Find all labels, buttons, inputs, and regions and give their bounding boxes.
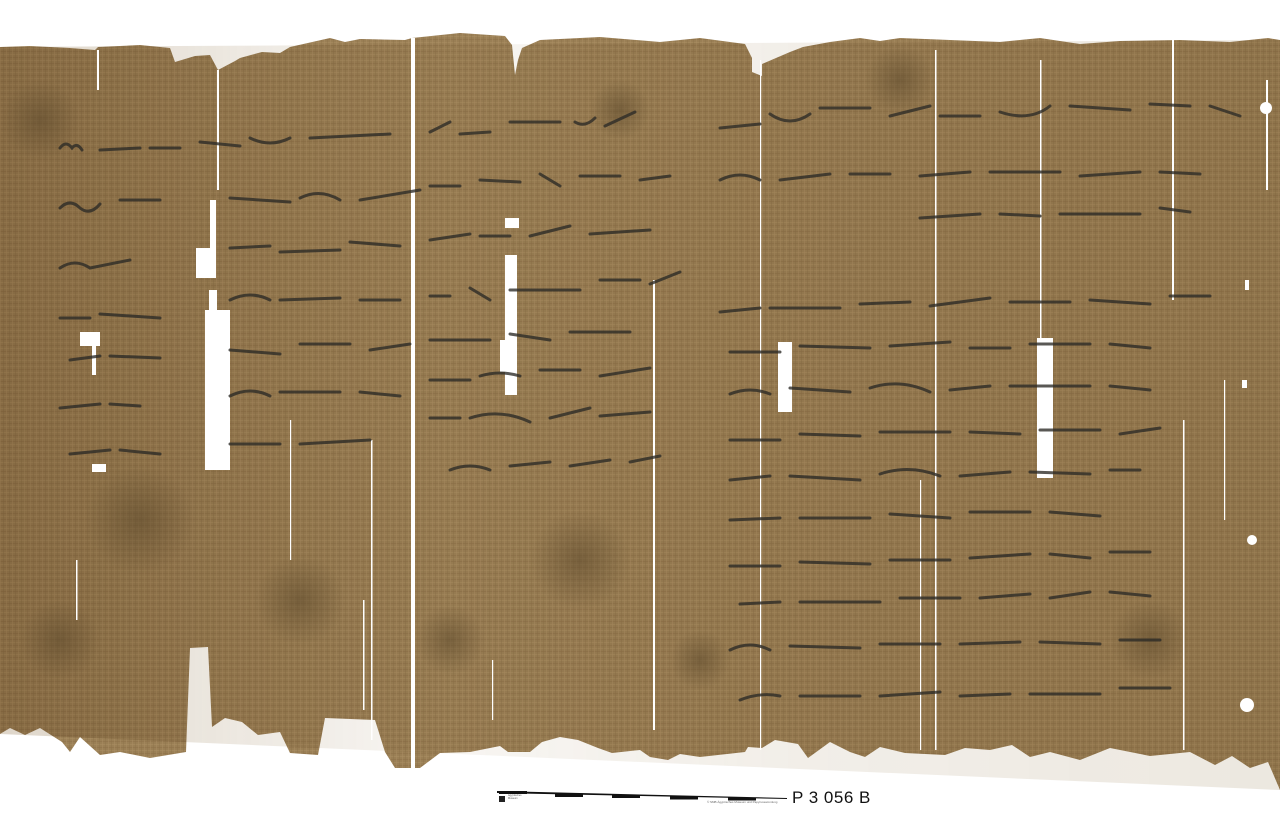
papyrus-sheet (0, 0, 1280, 824)
scale-bar (497, 789, 787, 807)
museum-logo-text: Ägyptisches Museum (508, 795, 528, 800)
catalog-label: P 3 056 B (792, 788, 871, 808)
papyrus-image: Ägyptisches Museum © SMB Ägyptisches Mus… (0, 0, 1280, 824)
museum-logo-icon (499, 796, 505, 802)
copyright-text: © SMB Ägyptisches Museum und Papyrussamm… (707, 800, 777, 804)
